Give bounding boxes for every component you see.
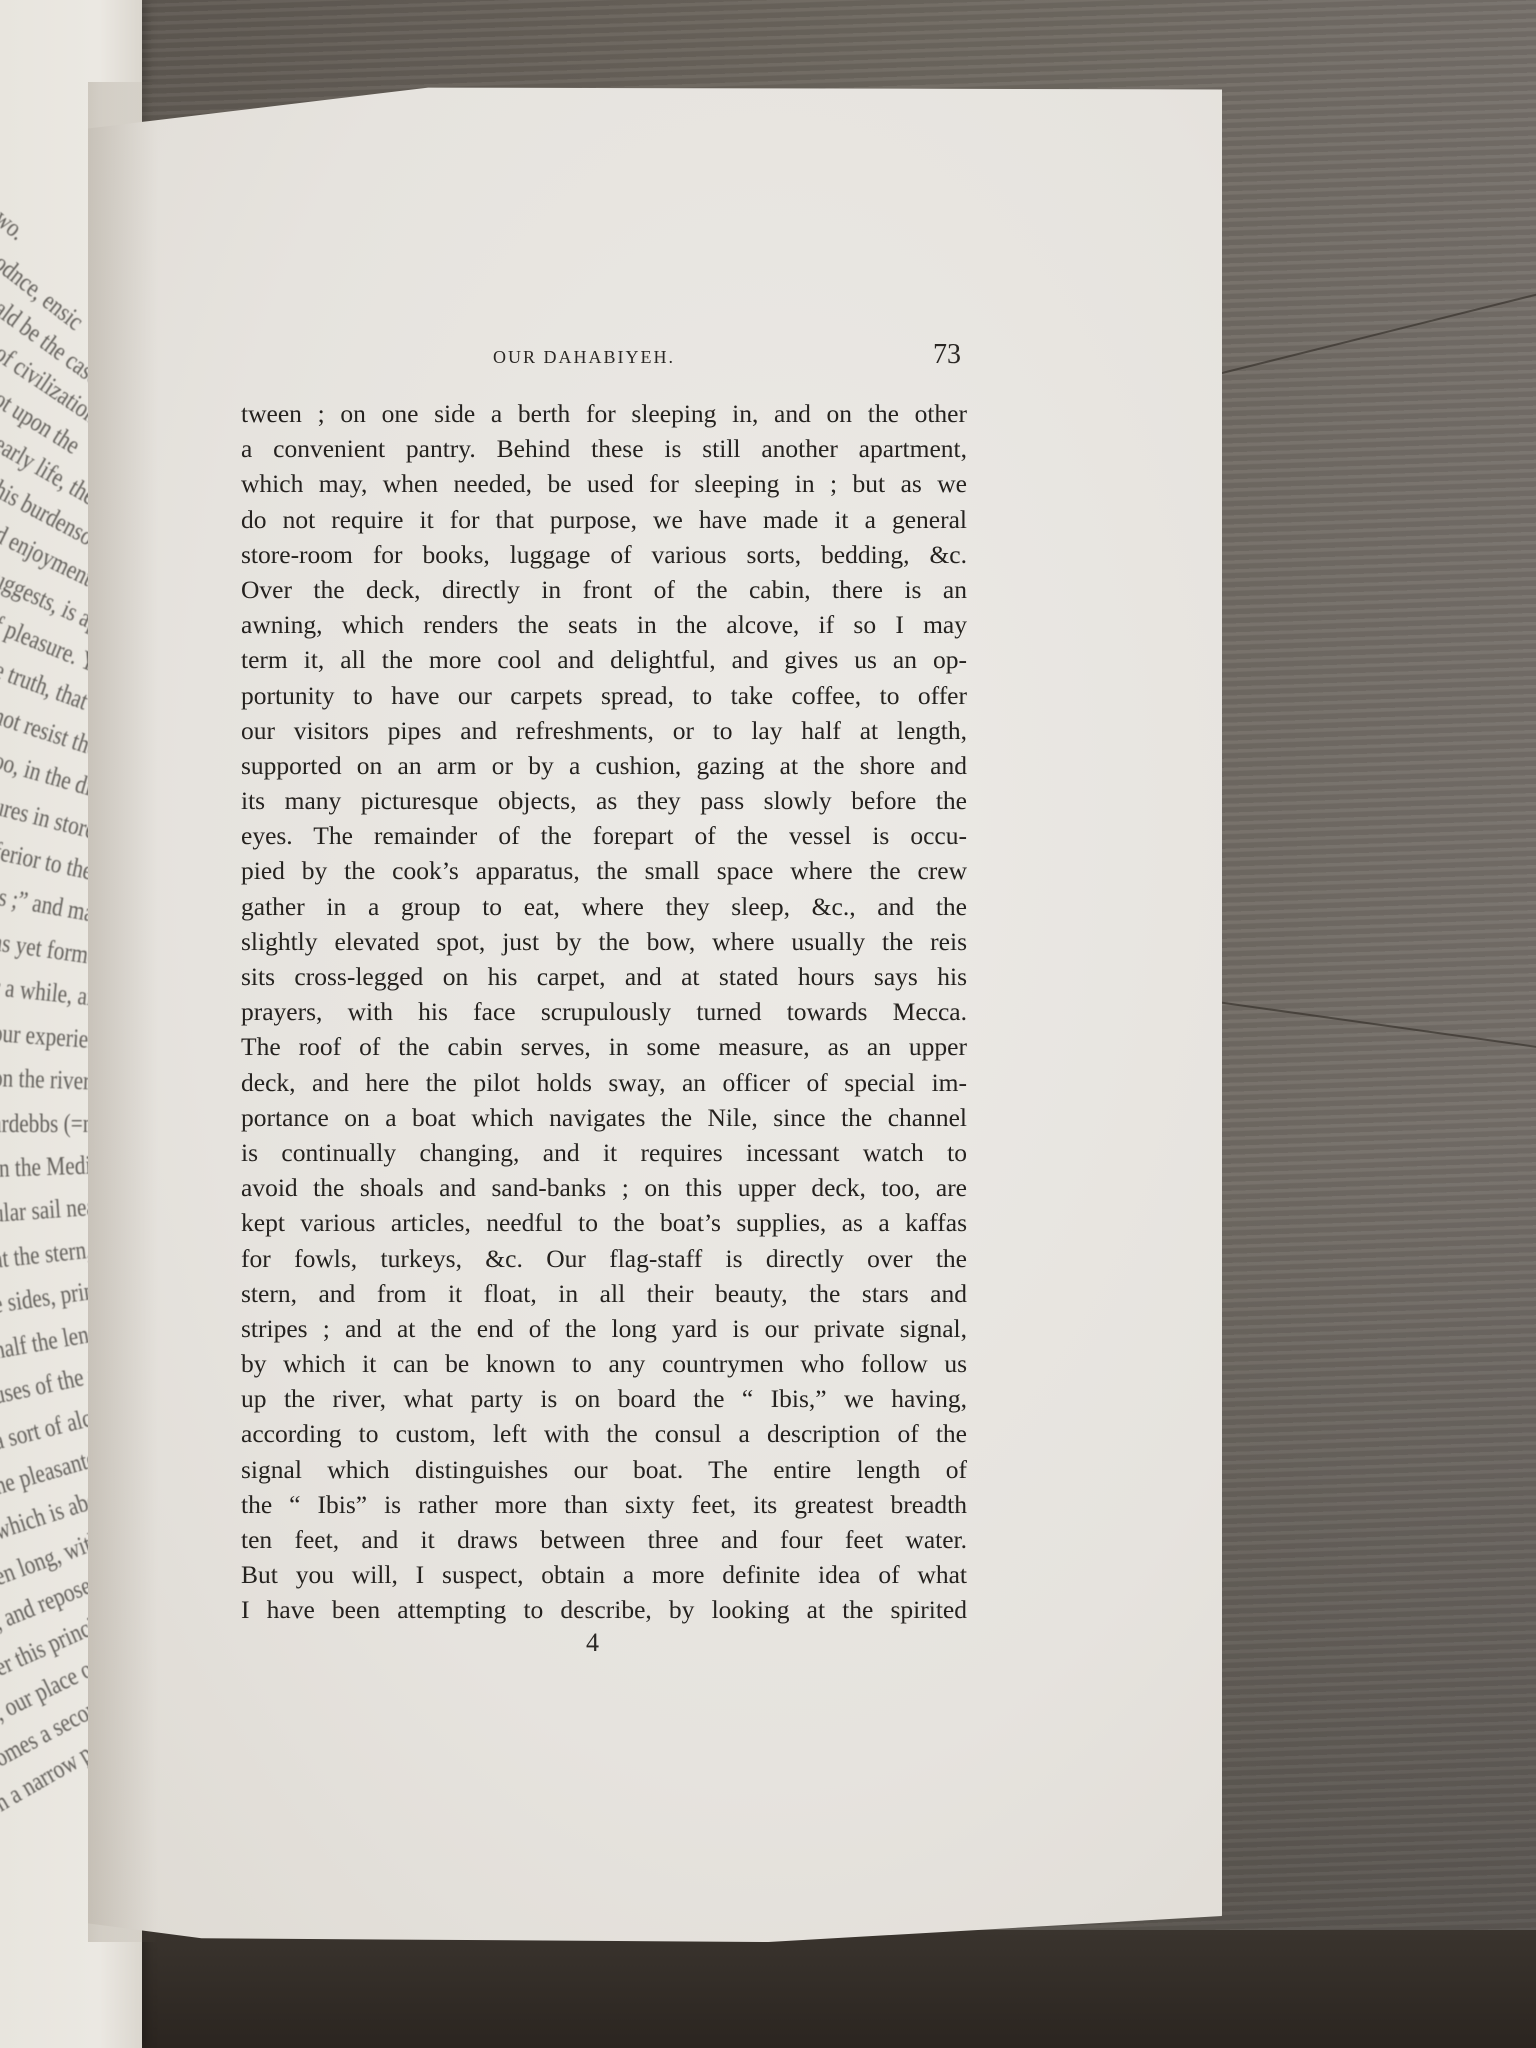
text-line: the “ Ibis” is rather more than sixty fe… <box>241 1487 967 1522</box>
text-line: our visitors pipes and refreshments, or … <box>241 713 967 748</box>
text-line: is continually changing, and it requires… <box>241 1135 967 1170</box>
text-line: term it, all the more cool and delightfu… <box>241 642 967 677</box>
text-line: gather in a group to eat, where they sle… <box>241 889 967 924</box>
text-line: pied by the cook’s apparatus, the small … <box>241 853 967 888</box>
text-line: signal which distinguishes our boat. The… <box>241 1452 967 1487</box>
text-line: eyes. The remainder of the forepart of t… <box>241 818 967 853</box>
text-line: by which it can be known to any countrym… <box>241 1346 967 1381</box>
text-line: for fowls, turkeys, &c. Our flag-staff i… <box>241 1241 967 1276</box>
text-line: The roof of the cabin serves, in some me… <box>241 1029 967 1064</box>
text-line: sits cross-legged on his carpet, and at … <box>241 959 967 994</box>
running-head: OUR DAHABIYEH. 73 <box>240 345 965 375</box>
text-line: a convenient pantry. Behind these is sti… <box>241 431 967 466</box>
text-line: which may, when needed, be used for slee… <box>241 466 967 501</box>
text-line: ten feet, and it draws between three and… <box>241 1522 967 1557</box>
text-line: stripes ; and at the end of the long yar… <box>241 1311 967 1346</box>
text-line: prayers, with his face scrupulously turn… <box>241 994 967 1029</box>
text-line: deck, and here the pilot holds sway, an … <box>241 1065 967 1100</box>
body-text: tween ; on one side a berth for sleeping… <box>241 396 967 1628</box>
text-line: Over the deck, directly in front of the … <box>241 572 967 607</box>
signature-mark: 4 <box>586 1628 599 1658</box>
table-shadow-region <box>100 1930 1536 2048</box>
text-line: do not require it for that purpose, we h… <box>241 502 967 537</box>
text-line: avoid the shoals and sand-banks ; on thi… <box>241 1170 967 1205</box>
text-line: up the river, what party is on board the… <box>241 1381 967 1416</box>
text-line: its many picturesque objects, as they pa… <box>241 783 967 818</box>
text-line: tween ; on one side a berth for sleeping… <box>241 396 967 431</box>
running-title: OUR DAHABIYEH. <box>493 347 675 368</box>
text-line: kept various articles, needful to the bo… <box>241 1205 967 1240</box>
text-line: according to custom, left with the consu… <box>241 1416 967 1451</box>
text-line: slightly elevated spot, just by the bow,… <box>241 924 967 959</box>
text-line: supported on an arm or by a cushion, gaz… <box>241 748 967 783</box>
text-line: But you will, I suspect, obtain a more d… <box>241 1557 967 1592</box>
text-line: awning, which renders the seats in the a… <box>241 607 967 642</box>
text-line: stern, and from it float, in all their b… <box>241 1276 967 1311</box>
text-line: store-room for books, luggage of various… <box>241 537 967 572</box>
page-number: 73 <box>933 339 961 371</box>
facing-page-text-fragment: wo. <box>0 204 31 247</box>
text-line: portance on a boat which navigates the N… <box>241 1100 967 1135</box>
text-line: portunity to have our carpets spread, to… <box>241 678 967 713</box>
text-line: I have been attempting to describe, by l… <box>241 1592 967 1627</box>
